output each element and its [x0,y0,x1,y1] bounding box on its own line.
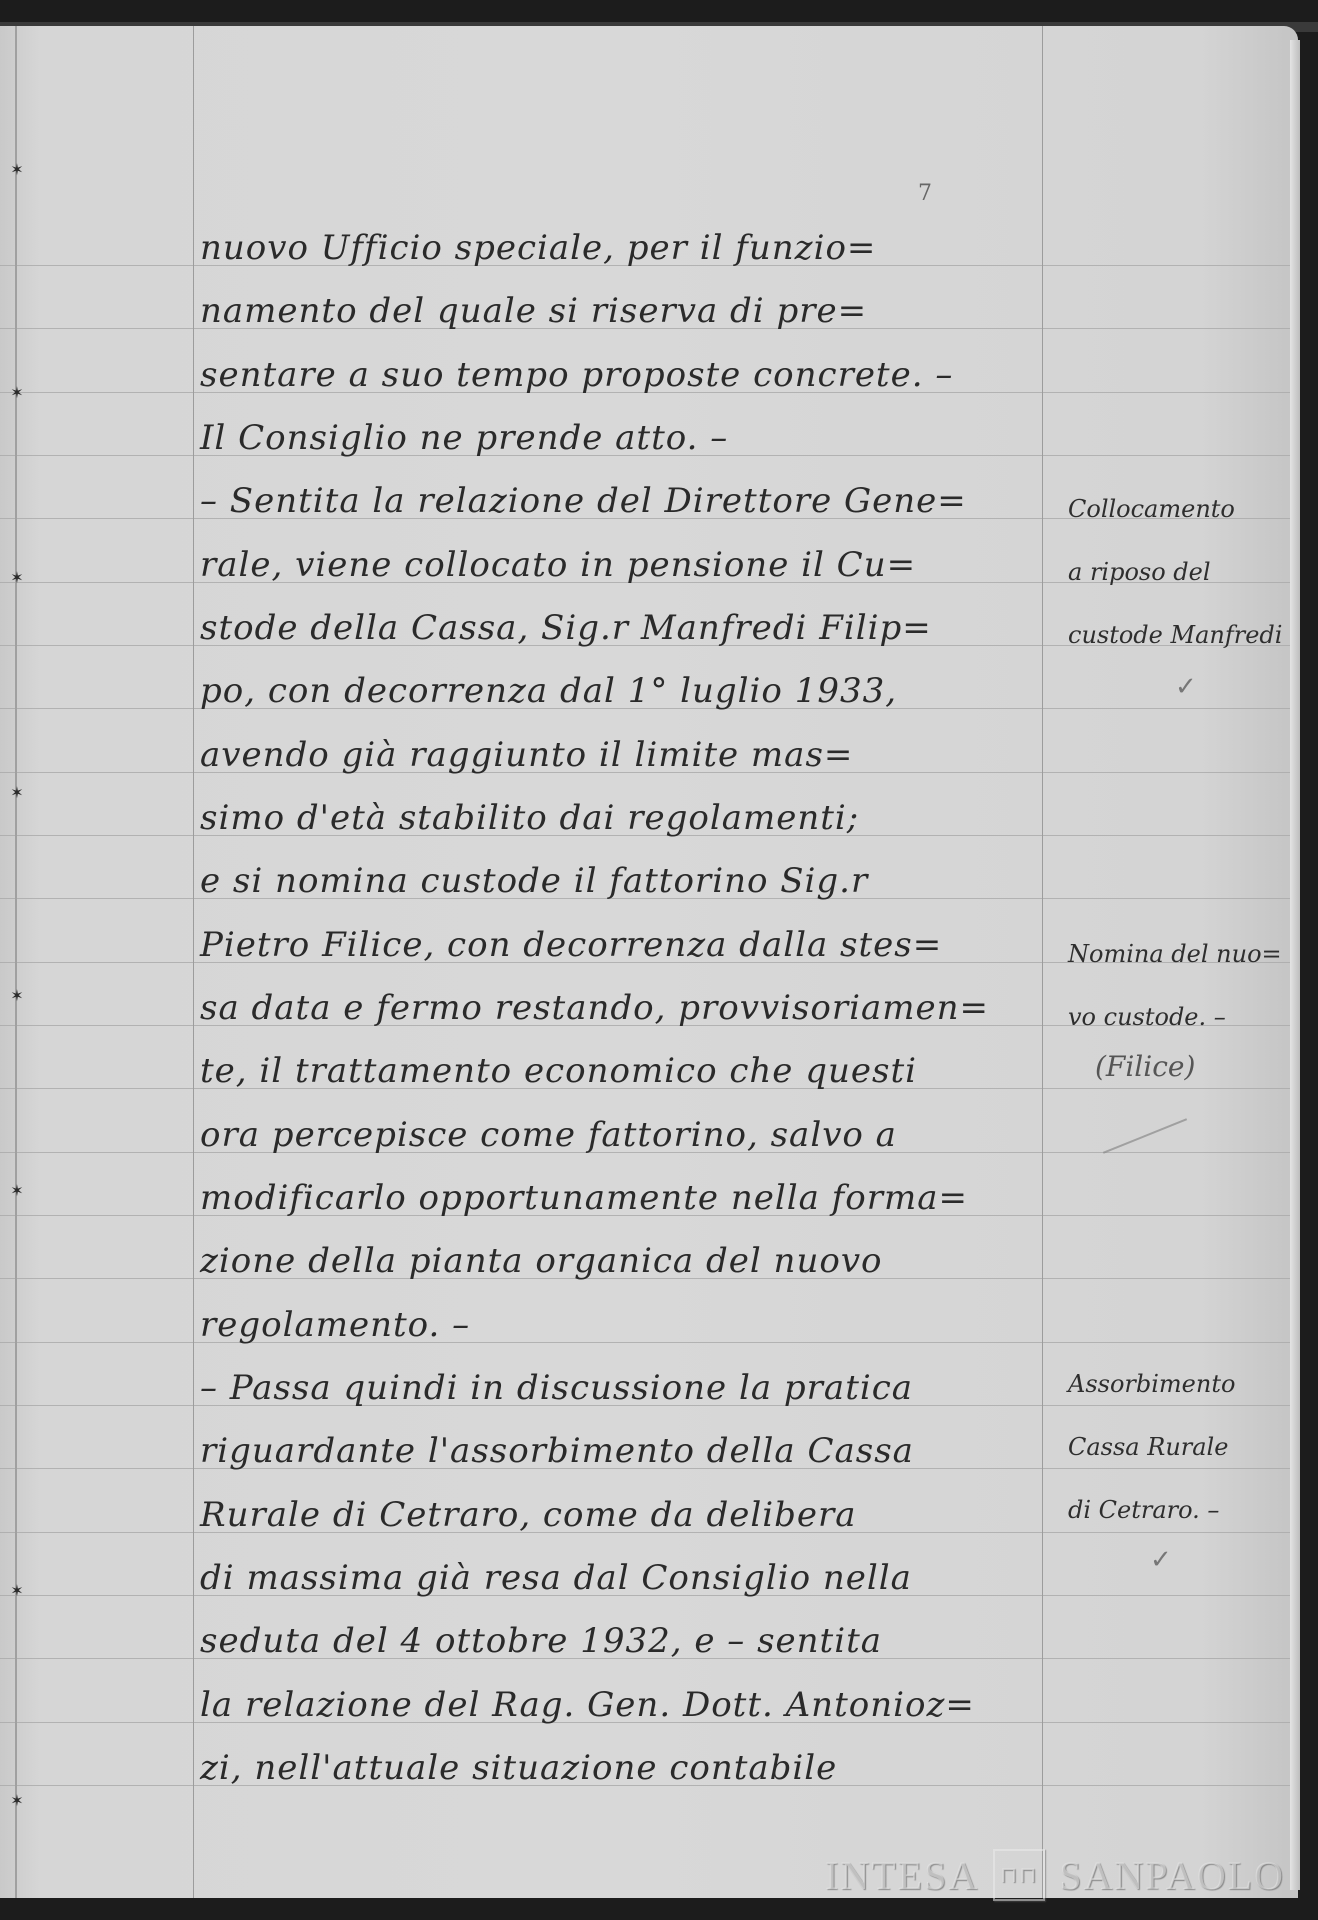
margin-note-line: custode Manfredi [1068,621,1293,649]
text-line: namento del quale si riserva di pre= [200,291,1040,331]
pencil-page-mark: 7 [918,181,932,206]
text-line: seduta del 4 ottobre 1932, e – sentita [200,1621,1040,1661]
text-line: stode della Cassa, Sig.r Manfredi Filip= [200,608,1040,648]
margin-note-line: a riposo del [1068,558,1293,586]
text-line: riguardante l'assorbimento della Cassa [200,1431,1040,1471]
text-line: sentare a suo tempo proposte concrete. – [200,355,1040,395]
text-line: sa data e fermo restando, provvisoriamen… [200,988,1040,1028]
text-line: regolamento. – [200,1305,1040,1345]
watermark-left-text: INTESA [825,1852,979,1899]
watermark-right-text: SANPAOLO [1059,1852,1285,1899]
margin-note-line: Cassa Rurale [1068,1433,1293,1461]
text-line: – Sentita la relazione del Direttore Gen… [200,481,1040,521]
binding-stitch-icon: ✶ [6,1796,28,1806]
text-line: zi, nell'attuale situazione contabile [200,1748,1040,1788]
text-line: la relazione del Rag. Gen. Dott. Antonio… [200,1685,1040,1725]
binding-stitch-icon: ✶ [6,573,28,583]
checkmark-icon: ✓ [1150,1545,1172,1575]
spine-fold [15,26,17,1898]
binding-stitch-icon: ✶ [6,1186,28,1196]
margin-note-line: Nomina del nuo= [1068,940,1293,968]
text-line: di massima già resa dal Consiglio nella [200,1558,1040,1598]
margin-note-line: Collocamento [1068,495,1293,523]
binding-stitch-icon: ✶ [6,1586,28,1596]
checkmark-icon: ✓ [1175,672,1197,702]
right-margin-column-line [1042,26,1043,1898]
text-line: nuovo Ufficio speciale, per il funzio= [200,228,1040,268]
text-line: Il Consiglio ne prende atto. – [200,418,1040,458]
text-line: – Passa quindi in discussione la pratica [200,1368,1040,1408]
binding-stitch-icon: ✶ [6,788,28,798]
text-line: ora percepisce come fattorino, salvo a [200,1115,1040,1155]
text-line: e si nomina custode il fattorino Sig.r [200,861,1040,901]
text-line: rale, viene collocato in pensione il Cu= [200,545,1040,585]
margin-note-line: Assorbimento [1068,1370,1293,1398]
bank-logo-icon: ⊓⊓ [993,1849,1045,1901]
binding-stitch-icon: ✶ [6,388,28,398]
text-line: zione della pianta organica del nuovo [200,1241,1040,1281]
margin-note-pencil-name: (Filice) [1095,1050,1318,1083]
left-margin-line [193,26,194,1898]
text-line: modificarlo opportunamente nella forma= [200,1178,1040,1218]
margin-note-line: di Cetraro. – [1068,1496,1293,1524]
text-line: te, il trattamento economico che questi [200,1051,1040,1091]
binding-stitch-icon: ✶ [6,165,28,175]
text-line: po, con decorrenza dal 1° luglio 1933, [200,671,1040,711]
intesa-sanpaolo-watermark: INTESA ⊓⊓ SANPAOLO [825,1855,1285,1895]
text-line: avendo già raggiunto il limite mas= [200,735,1040,775]
text-line: simo d'età stabilito dai regolamenti; [200,798,1040,838]
text-line: Rurale di Cetraro, come da delibera [200,1495,1040,1535]
margin-note-line: vo custode. – [1068,1003,1293,1031]
binding-stitch-icon: ✶ [6,991,28,1001]
text-line: Pietro Filice, con decorrenza dalla stes… [200,925,1040,965]
